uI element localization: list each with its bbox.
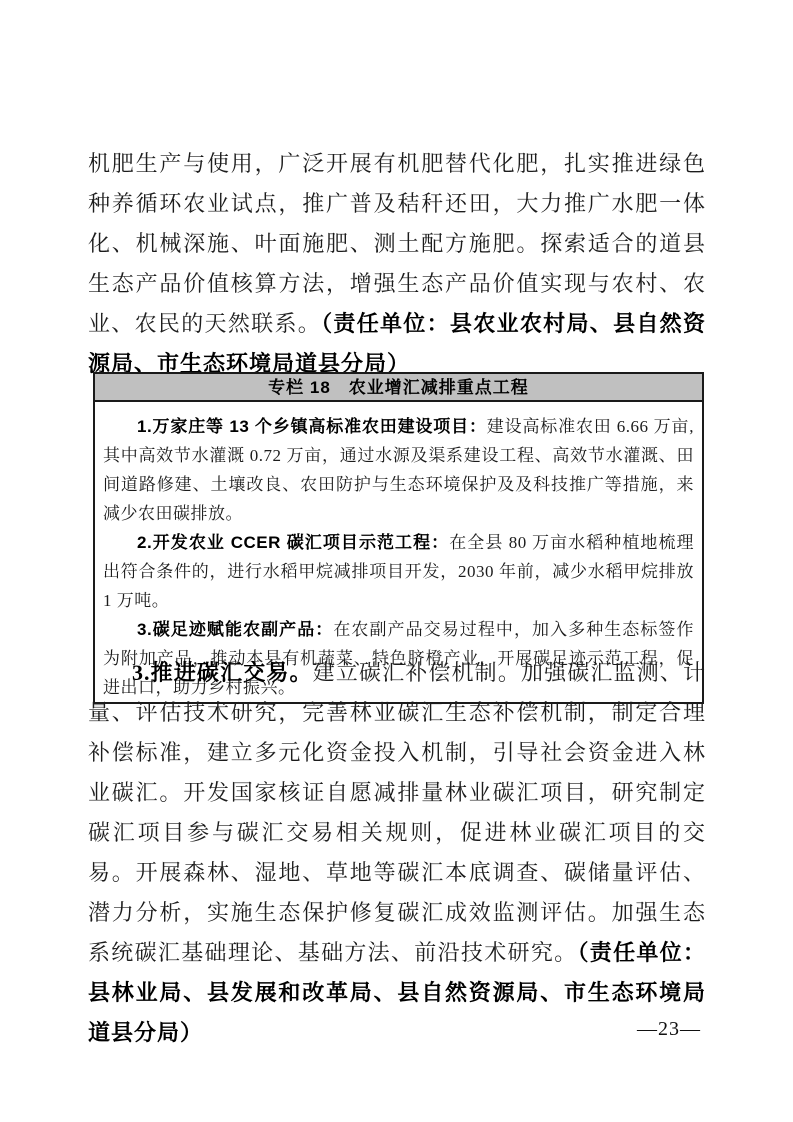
callout-item-farmland-project-lead: 1.万家庄等 13 个乡镇高标准农田建设项目： bbox=[137, 417, 487, 436]
callout-item-ccer-project: 2.开发农业 CCER 碳汇项目示范工程：在全县 80 万亩水稻种植地梳理出符合… bbox=[103, 528, 694, 615]
paragraph-organic-fertilizer: 机肥生产与使用，广泛开展有机肥替代化肥，扎实推进绿色种养循环农业试点，推广普及秸… bbox=[88, 144, 706, 384]
paragraph-carbon-sink-trading-lead: 3.推进碳汇交易。 bbox=[132, 660, 313, 685]
callout-item-carbon-footprint-lead: 3.碳足迹赋能农副产品： bbox=[137, 620, 333, 639]
callout-box-title: 专栏 18 农业增汇减排重点工程 bbox=[95, 374, 702, 402]
callout-item-ccer-project-lead: 2.开发农业 CCER 碳汇项目示范工程： bbox=[137, 533, 449, 552]
callout-item-farmland-project: 1.万家庄等 13 个乡镇高标准农田建设项目：建设高标准农田 6.66 万亩,其… bbox=[103, 412, 694, 528]
paragraph-carbon-sink-trading-text: 建立碳汇补偿机制。加强碳汇监测、计量、评估技术研究，完善林业碳汇生态补偿机制，制… bbox=[88, 660, 706, 965]
page-number: —23— bbox=[637, 1018, 701, 1041]
paragraph-carbon-sink-trading: 3.推进碳汇交易。建立碳汇补偿机制。加强碳汇监测、计量、评估技术研究，完善林业碳… bbox=[88, 653, 706, 1053]
document-page: 机肥生产与使用，广泛开展有机肥替代化肥，扎实推进绿色种养循环农业试点，推广普及秸… bbox=[0, 0, 793, 1122]
paragraph-organic-fertilizer-text: 机肥生产与使用，广泛开展有机肥替代化肥，扎实推进绿色种养循环农业试点，推广普及秸… bbox=[88, 151, 706, 336]
